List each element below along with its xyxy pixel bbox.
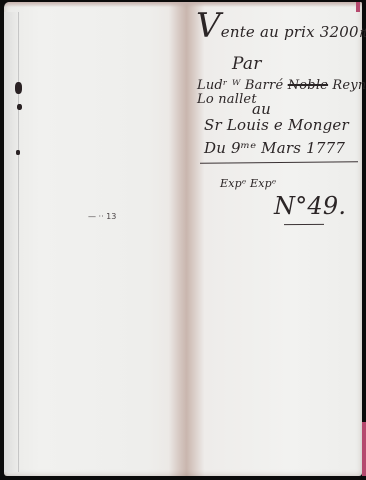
manuscript-page: Vente au prix 3200₶ Par Ludʳ ᵂ Barré Nob… [4, 2, 362, 476]
ink-blot [16, 150, 20, 155]
document-number: N°49. [274, 192, 346, 220]
ink-blot [15, 82, 22, 94]
ribbon-edge [356, 2, 360, 12]
struck-word: Noble [288, 78, 328, 93]
title-initial: V [196, 6, 221, 46]
currency-mark: ₶ [359, 26, 366, 41]
title-line: Vente au prix 3200₶ [196, 6, 366, 46]
divider-rule [200, 161, 358, 163]
date-line: Du 9ᵐᵉ Mars 1777 [204, 139, 345, 157]
ink-blot [17, 104, 22, 110]
expedition-annotation: Expᵉ Expᵉ [220, 177, 276, 190]
seller-continuation: Lo nallet [197, 92, 257, 107]
margin-marks: — ·· 13 [88, 212, 116, 221]
seller-name-part1: Ludʳ ᵂ Barré [197, 78, 283, 93]
title-text: ente au prix 3200 [221, 23, 359, 41]
seller-line: Ludʳ ᵂ Barré Noble Reynaud [197, 78, 366, 93]
ribbon-edge [362, 422, 366, 476]
seller-name-part2: Reynaud [332, 78, 366, 93]
page-left-fold-edge [4, 12, 19, 472]
buyer-line: Sr Louis e Monger [204, 116, 349, 134]
number-underline [284, 224, 324, 225]
par-line: Par [232, 54, 262, 74]
